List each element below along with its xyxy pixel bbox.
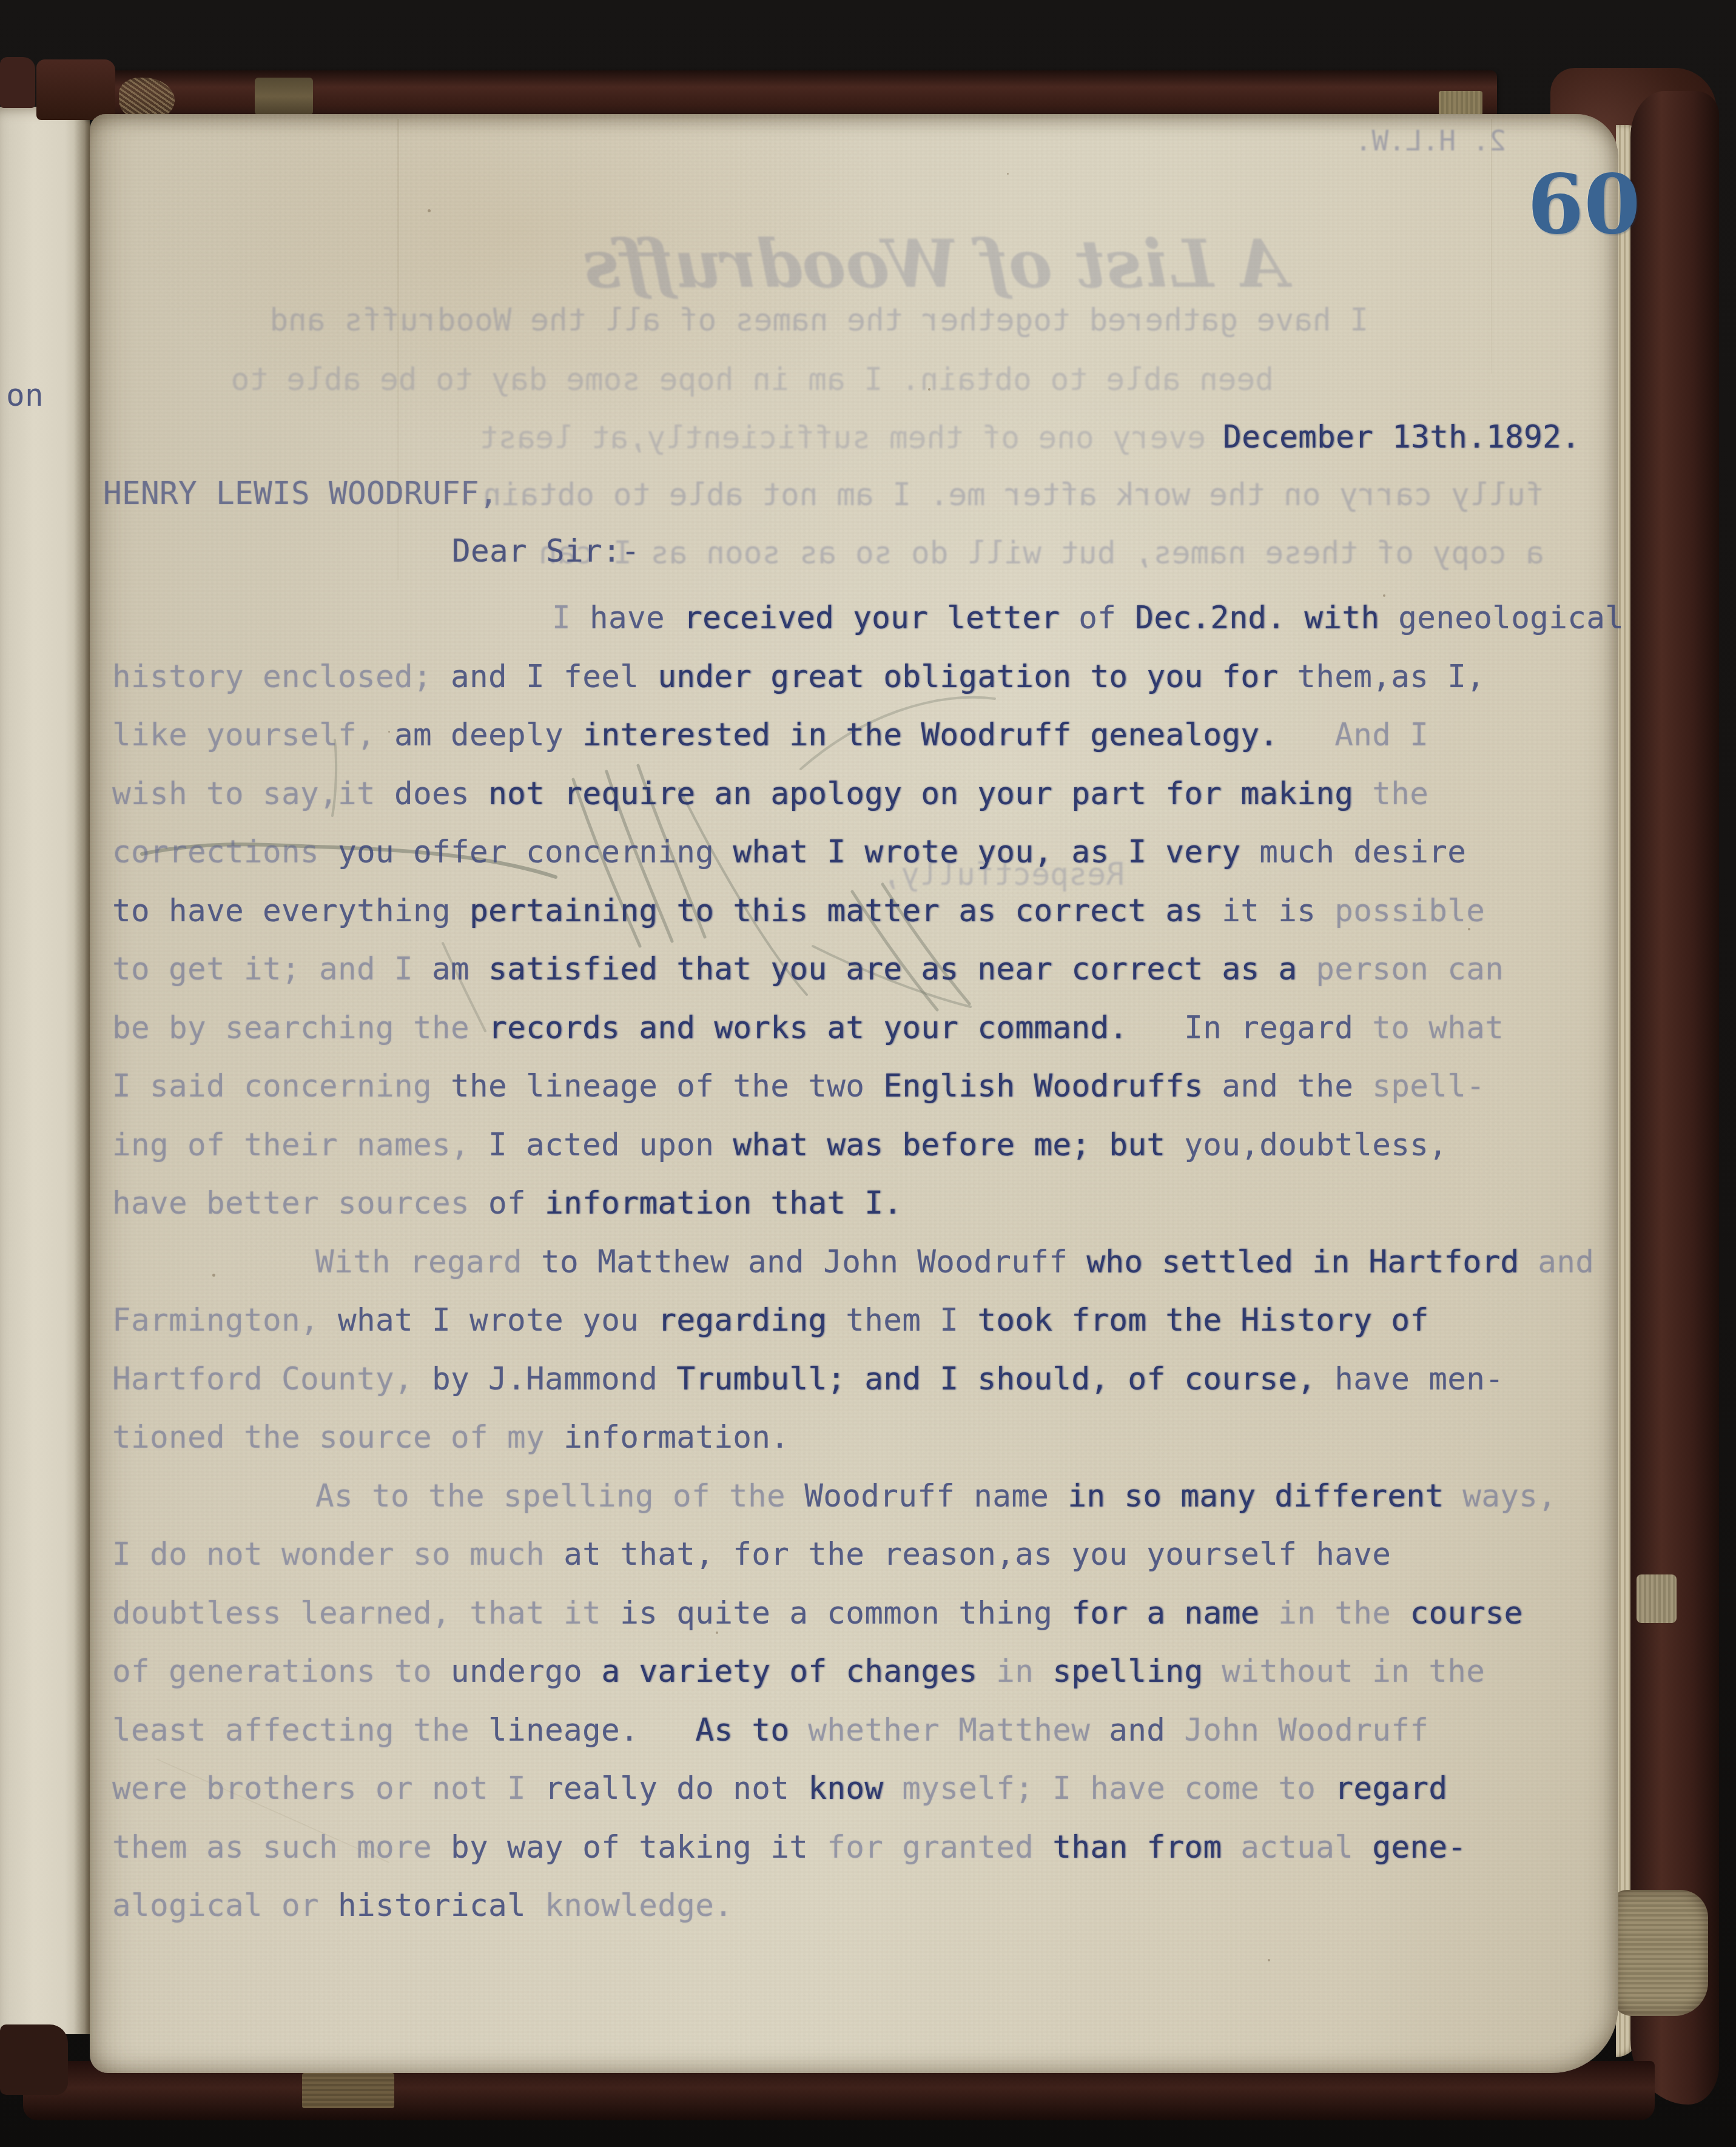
letter-line: tioned the source of my information.	[112, 1419, 789, 1457]
letter-line-segment: I acted upon	[488, 1127, 733, 1163]
letter-line-segment: historical	[338, 1888, 545, 1924]
letter-line-segment: is quite a common thing	[620, 1596, 1071, 1631]
letter-line-segment: and the	[1222, 1069, 1372, 1104]
letter-line-segment: Farmington,	[112, 1303, 338, 1339]
letter-line-segment: myself; I have come to	[902, 1771, 1334, 1807]
letter-line-segment: to you for	[1090, 659, 1297, 695]
letter-line-segment: that it	[469, 1596, 620, 1631]
letter-line-segment: you offer concerning	[338, 835, 733, 870]
letter-line-segment: taking it	[639, 1830, 827, 1866]
letter-line-segment: who settled in	[1086, 1245, 1368, 1280]
letter-line: I do not wonder so much at that, for the…	[112, 1536, 1391, 1574]
letter-line-segment: of the	[673, 1479, 804, 1514]
letter-line: were brothers or not I really do not kno…	[112, 1770, 1447, 1808]
letter-line: doubtless learned, that it is quite a co…	[112, 1595, 1522, 1633]
letter-line-segment: were brothers or not I	[112, 1771, 545, 1807]
letter-line: be by searching the records and works at…	[112, 1010, 1504, 1047]
letter-line-segment: like yourself,	[112, 717, 394, 753]
letter-line-segment: without in the	[1222, 1654, 1485, 1690]
letter-line: to get it; and I am satisfied that you a…	[112, 951, 1504, 989]
letter-line: ing of their names, I acted upon what wa…	[112, 1127, 1447, 1164]
letter-line-segment: undergo	[451, 1654, 601, 1690]
letter-line-segment: alogical	[112, 1888, 281, 1924]
letter-line-segment: Hartford County,	[112, 1362, 432, 1397]
letter-line-segment: and I feel	[451, 659, 658, 695]
letter-line-segment: or	[281, 1888, 338, 1924]
letter-content: 2. H.L.W.A List of WoodruffsI have gathe…	[0, 0, 1736, 2147]
letter-line-segment: than from	[1052, 1830, 1240, 1866]
photo-backdrop: on 2. H.L.W.A List of WoodruffsI have ga…	[0, 0, 1736, 2147]
letter-line-segment: of	[488, 1186, 545, 1221]
letter-line-segment: of	[1078, 600, 1135, 636]
letter-line-segment: person can	[1316, 952, 1504, 987]
letter-line: have better sources of information that …	[112, 1185, 902, 1223]
letter-line: alogical or historical knowledge.	[112, 1887, 733, 1925]
letter-line-segment: information.	[564, 1420, 789, 1456]
letter-line-segment: have	[590, 600, 684, 636]
letter-line-segment: and	[1109, 1713, 1184, 1749]
letter-line-segment: as	[1165, 893, 1222, 929]
letter-line-segment: have better sources	[112, 1186, 488, 1221]
letter-line-segment: have men-	[1334, 1362, 1504, 1397]
letter-line-segment: at that, for the reason,as you yourself	[564, 1537, 1316, 1573]
letter-line-segment: regard	[1334, 1771, 1447, 1807]
letter-line-segment: interested in the Woodruff genealogy.	[582, 717, 1278, 753]
letter-line-segment: I	[552, 600, 590, 636]
letter-line-segment: for granted	[827, 1830, 1052, 1866]
letter-line-segment: know	[808, 1771, 902, 1807]
letter-line-segment: corrections	[112, 835, 338, 870]
letter-line-segment: in	[996, 1654, 1052, 1690]
letter-date: December 13th.1892.	[1223, 419, 1580, 457]
letter-line-segment: ways,	[1462, 1479, 1556, 1514]
letter-line-segment: to Matthew and John Woodruff	[541, 1245, 1086, 1280]
letter-line-segment: course	[1410, 1596, 1522, 1631]
letter-line: them as such more by way of taking it fo…	[112, 1829, 1466, 1867]
letter-line: history enclosed; and I feel under great…	[112, 659, 1485, 696]
letter-line-segment: different	[1274, 1479, 1462, 1514]
letter-line-segment: with	[1304, 600, 1398, 636]
letter-line-segment: what was before me; but	[733, 1127, 1184, 1163]
letter-line-segment: them I	[846, 1303, 977, 1339]
letter-line-segment: in the	[1278, 1596, 1410, 1631]
letter-line-segment: am deeply	[394, 717, 582, 753]
letter-line-segment: I do not wonder so much	[112, 1537, 564, 1573]
letter-line-segment: under great obligation	[658, 659, 1090, 695]
letter-line-segment: spell-	[1372, 1069, 1485, 1104]
letter-line-segment: am	[432, 952, 488, 987]
letter-line-segment: doubtless learned,	[112, 1596, 469, 1631]
letter-line-segment: In regard	[1128, 1010, 1372, 1046]
letter-line-segment: knowledge.	[545, 1888, 733, 1924]
letter-line-segment: should, of course,	[977, 1362, 1334, 1397]
letter-line-segment: actual	[1240, 1830, 1372, 1866]
letter-line-segment: to what	[1372, 1010, 1504, 1046]
letter-line-segment: geneological	[1398, 600, 1624, 636]
letter-line-segment: tioned the source	[112, 1420, 451, 1456]
letter-line-segment: of generations to	[112, 1654, 451, 1690]
letter-line-segment: took from the	[977, 1303, 1240, 1339]
letter-line-segment: what I wrote you, as I very	[733, 835, 1259, 870]
letter-line-segment: gene-	[1372, 1830, 1466, 1866]
letter-line-segment: pertaining to this matter as correct	[469, 893, 1165, 929]
letter-line: corrections you offer concerning what I …	[112, 834, 1466, 872]
letter-line-segment: information that I.	[545, 1186, 902, 1221]
letter-line-segment: the lineage of the two	[451, 1069, 883, 1104]
letter-line-segment: As to the spelling	[315, 1479, 673, 1514]
letter-line-segment: them as such more	[112, 1830, 451, 1866]
letter-line-segment: what I wrote you	[338, 1303, 658, 1339]
letter-salutation: Dear Sir:-	[452, 533, 640, 571]
letter-line: With regard to Matthew and John Woodruff…	[315, 1244, 1594, 1282]
letter-line-segment: Trumbull; and I	[676, 1362, 977, 1397]
letter-line-segment: by J.Hammond	[432, 1362, 676, 1397]
letter-line: As to the spelling of the Woodruff name …	[315, 1478, 1556, 1516]
letter-line-segment: whether Matthew	[808, 1713, 1109, 1749]
letter-line: Hartford County, by J.Hammond Trumbull; …	[112, 1361, 1504, 1399]
letter-line-segment: to have	[112, 893, 263, 929]
letter-line-segment: Hartford	[1368, 1245, 1538, 1280]
letter-line-segment: As to	[639, 1713, 808, 1749]
letter-line-segment: records and works at your command.	[488, 1010, 1128, 1046]
letter-line-segment: least affecting the	[112, 1713, 488, 1749]
letter-line-segment: really do not	[545, 1771, 808, 1807]
letter-line-segment: spelling	[1052, 1654, 1222, 1690]
letter-line-segment: of my	[451, 1420, 564, 1456]
letter-line: like yourself, am deeply interested in t…	[112, 717, 1428, 754]
letter-line-segment: and	[1538, 1245, 1594, 1280]
letter-line-segment: by way of	[451, 1830, 639, 1866]
letter-recipient: HENRY LEWIS WOODRUFF,	[103, 475, 498, 513]
letter-line-segment: a variety of changes	[601, 1654, 996, 1690]
letter-line-segment: to get it; and I	[112, 952, 432, 987]
letter-line-segment: history enclosed;	[112, 659, 451, 695]
letter-line-segment: you,doubtless,	[1184, 1127, 1447, 1163]
letter-line-segment: in so many	[1068, 1479, 1274, 1514]
letter-line-segment: Woodruff name	[804, 1479, 1068, 1514]
letter-line-segment: ing of their names,	[112, 1127, 488, 1163]
letter-line: wish to say,it does not require an apolo…	[112, 776, 1428, 813]
letter-line-segment: does	[394, 776, 488, 812]
letter-line: I have received your letter of Dec.2nd. …	[552, 600, 1624, 637]
letter-line-segment: them,as I,	[1297, 659, 1485, 695]
letter-line-segment: English Woodruffs	[883, 1069, 1222, 1104]
letter-line-segment: it is	[1222, 893, 1334, 929]
letter-line-segment: lineage.	[488, 1713, 639, 1749]
letter-line: I said concerning the lineage of the two…	[112, 1068, 1485, 1106]
letter-line-segment: have	[1316, 1537, 1391, 1573]
letter-line-segment: regarding	[658, 1303, 846, 1339]
letter-line-segment: received your letter	[684, 600, 1078, 636]
letter-line-segment: History of	[1240, 1303, 1428, 1339]
letter-line-segment: And I	[1278, 717, 1428, 753]
letter-line-segment: wish to say,it	[112, 776, 394, 812]
letter-line-segment: satisfied that you are as near correct a…	[488, 952, 1316, 987]
letter-line: least affecting the lineage. As to wheth…	[112, 1712, 1428, 1750]
letter-line-segment: I said concerning	[112, 1069, 451, 1104]
letter-line: of generations to undergo a variety of c…	[112, 1653, 1485, 1691]
letter-line-segment: possible	[1334, 893, 1485, 929]
letter-line-segment: everything	[263, 893, 469, 929]
letter-line-segment: John Woodruff	[1184, 1713, 1428, 1749]
letter-line: Farmington, what I wrote you regarding t…	[112, 1302, 1428, 1340]
letter-line-segment: be by searching the	[112, 1010, 488, 1046]
letter-line-segment: the	[1372, 776, 1428, 812]
letter-line-segment: With regard	[315, 1245, 541, 1280]
letter-line-segment: not require an apology on your part for …	[488, 776, 1372, 812]
page-number-stamp: 60	[1527, 164, 1640, 245]
letter-line-segment: Dec.2nd.	[1135, 600, 1304, 636]
letter-line-segment: for a name	[1071, 1596, 1278, 1631]
letter-line-segment: much desire	[1259, 835, 1466, 870]
letter-line: to have everything pertaining to this ma…	[112, 893, 1485, 930]
